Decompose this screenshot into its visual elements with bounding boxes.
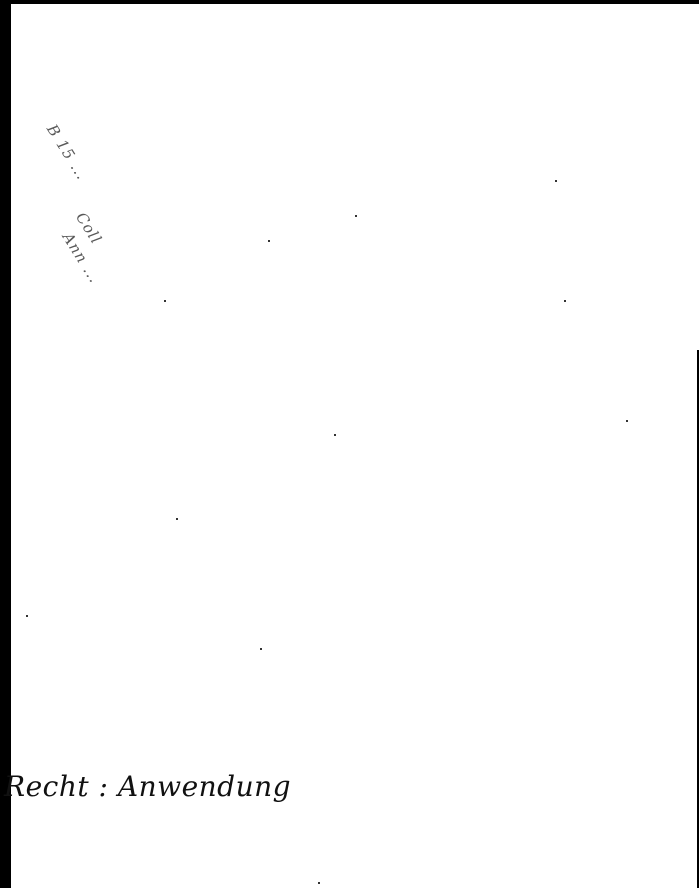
scan-border-top bbox=[0, 0, 699, 4]
scan-speck bbox=[555, 180, 557, 182]
scan-speck bbox=[260, 648, 262, 650]
scan-speck bbox=[26, 615, 28, 617]
scan-speck bbox=[564, 300, 566, 302]
scan-speck bbox=[268, 240, 270, 242]
rotated-annotation: B 15 ... Coll Ann ... bbox=[4, 120, 143, 287]
scan-border-left bbox=[0, 0, 11, 888]
scan-speck bbox=[176, 518, 178, 520]
scan-speck bbox=[164, 300, 166, 302]
scan-speck bbox=[334, 434, 336, 436]
scan-speck bbox=[626, 420, 628, 422]
scan-speck bbox=[318, 882, 320, 884]
scan-speck bbox=[355, 215, 357, 217]
handwritten-note: Recht : Anwendung bbox=[4, 770, 291, 803]
